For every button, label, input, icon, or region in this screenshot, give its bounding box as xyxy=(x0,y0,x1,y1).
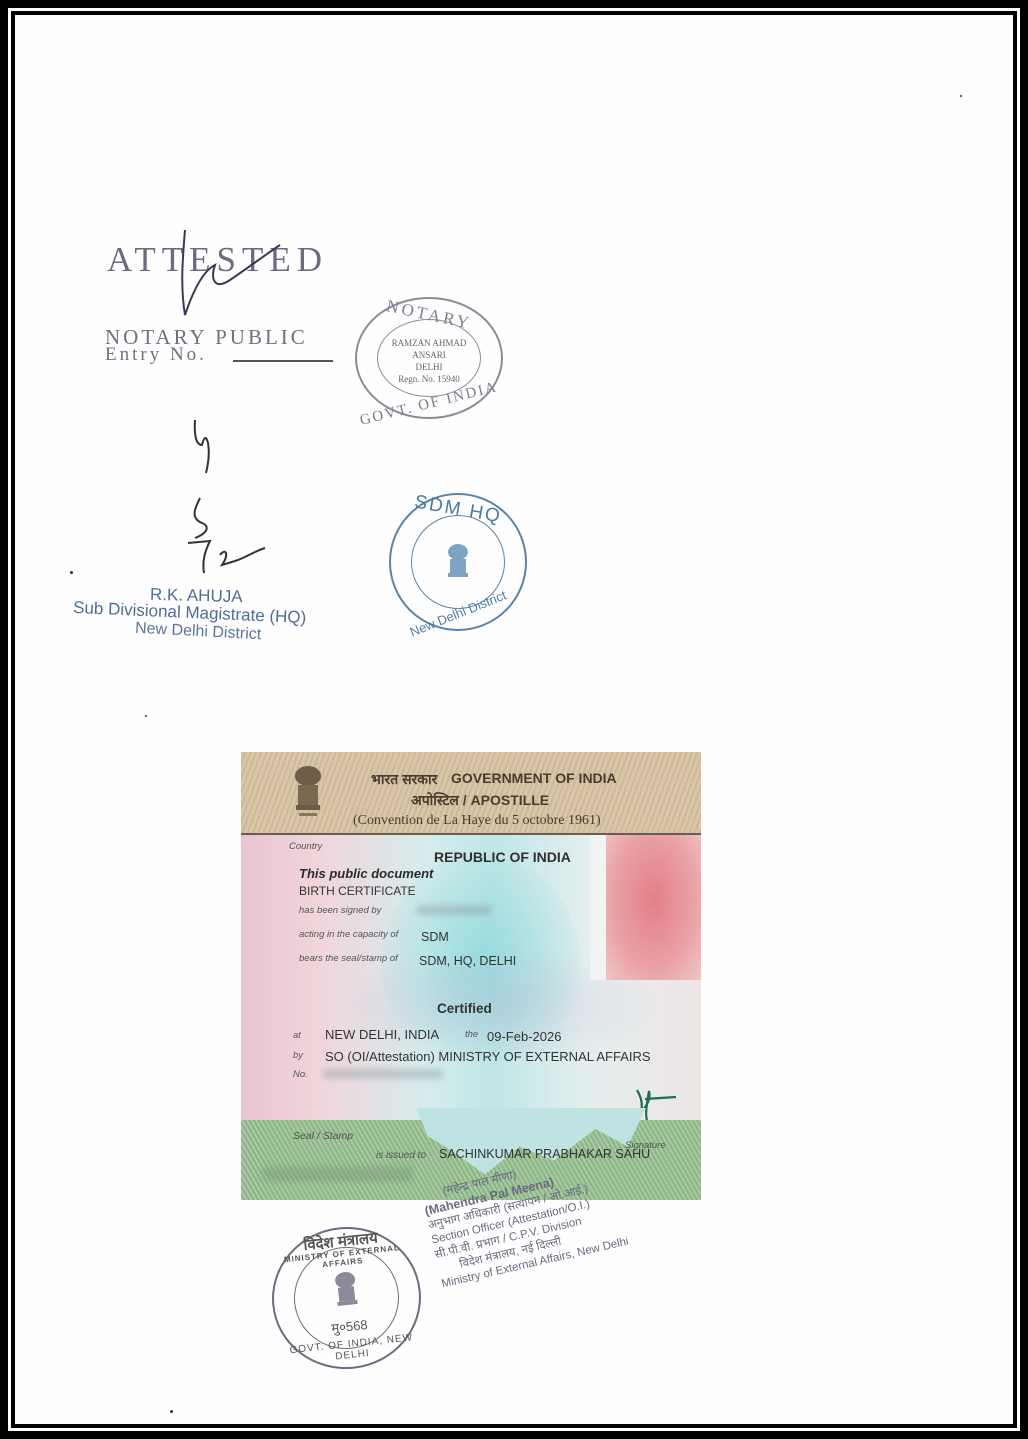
date-value: 09-Feb-2026 xyxy=(487,1029,561,1044)
scan-speck xyxy=(170,1410,173,1413)
no-label: No. xyxy=(293,1069,308,1080)
apostille-subtitle: अपोस्टिल / APOSTILLE xyxy=(411,791,549,810)
seal-of-value: SDM, HQ, DELHI xyxy=(419,954,516,968)
country-label: Country xyxy=(289,841,322,852)
public-document-label: This public document xyxy=(299,866,433,881)
country-value: REPUBLIC OF INDIA xyxy=(434,849,571,865)
issued-to-label: is issued to xyxy=(376,1150,426,1161)
signed-by-label: has been signed by xyxy=(299,905,381,916)
notary-name-line: ANSARI xyxy=(357,349,501,361)
notary-signature xyxy=(155,225,285,325)
ashoka-emblem-icon xyxy=(291,764,325,820)
entry-no-line xyxy=(233,360,333,362)
seal-stamp-label: Seal / Stamp xyxy=(293,1130,353,1142)
notary-stamp-lines: RAMZAN AHMAD ANSARI DELHI Regn. No. 1594… xyxy=(357,337,501,385)
apostille-hindi-title: भारत सरकार xyxy=(371,770,437,789)
apostille-title: GOVERNMENT OF INDIA xyxy=(451,770,617,786)
sdm-stamp: SDM HQ New Delhi District xyxy=(389,493,527,631)
the-label: the xyxy=(465,1029,478,1040)
notary-name-line: RAMZAN AHMAD xyxy=(357,337,501,349)
signed-by-redacted xyxy=(416,905,491,915)
apostille-body: Country REPUBLIC OF INDIA This public do… xyxy=(241,835,701,1120)
at-value: NEW DELHI, INDIA xyxy=(325,1027,439,1042)
stamp-margin xyxy=(590,835,606,980)
issued-to-value: SACHINKUMAR PRABHAKAR SAHU xyxy=(439,1147,650,1161)
signature-label: Signature xyxy=(625,1140,666,1151)
initial-signature xyxy=(190,415,230,475)
sdm-signature xyxy=(180,493,270,578)
scan-speck xyxy=(145,715,147,717)
document-page: ATTESTED NOTARY PUBLIC Entry No. NOTARY … xyxy=(15,15,1013,1424)
notary-city-line: DELHI xyxy=(357,361,501,373)
notary-stamp: NOTARY RAMZAN AHMAD ANSARI DELHI Regn. N… xyxy=(355,297,503,419)
revenue-stamp xyxy=(606,835,701,980)
certified-label: Certified xyxy=(437,1001,492,1016)
scan-speck xyxy=(960,95,962,97)
capacity-value: SDM xyxy=(421,930,449,944)
at-label: at xyxy=(293,1030,301,1041)
capacity-label: acting in the capacity of xyxy=(299,929,398,940)
document-name: BIRTH CERTIFICATE xyxy=(299,884,416,898)
ashoka-emblem-icon xyxy=(444,542,472,582)
scan-speck xyxy=(70,571,73,574)
apostille-header: भारत सरकार GOVERNMENT OF INDIA अपोस्टिल … xyxy=(241,752,701,835)
seal-of-label: bears the seal/stamp of xyxy=(299,953,398,964)
apostille-certificate: भारत सरकार GOVERNMENT OF INDIA अपोस्टिल … xyxy=(241,752,701,1200)
ashoka-emblem-icon xyxy=(330,1268,362,1311)
footer-code-redacted xyxy=(263,1167,413,1181)
number-redacted xyxy=(323,1069,443,1079)
mea-stamp: विदेश मंत्रालय MINISTRY OF EXTERNAL AFFA… xyxy=(265,1220,428,1377)
by-value: SO (OI/Attestation) MINISTRY OF EXTERNAL… xyxy=(325,1049,651,1064)
apostille-convention: (Convention de La Haye du 5 octobre 1961… xyxy=(353,813,601,829)
entry-no-label: Entry No. xyxy=(105,344,207,366)
by-label: by xyxy=(293,1050,303,1061)
